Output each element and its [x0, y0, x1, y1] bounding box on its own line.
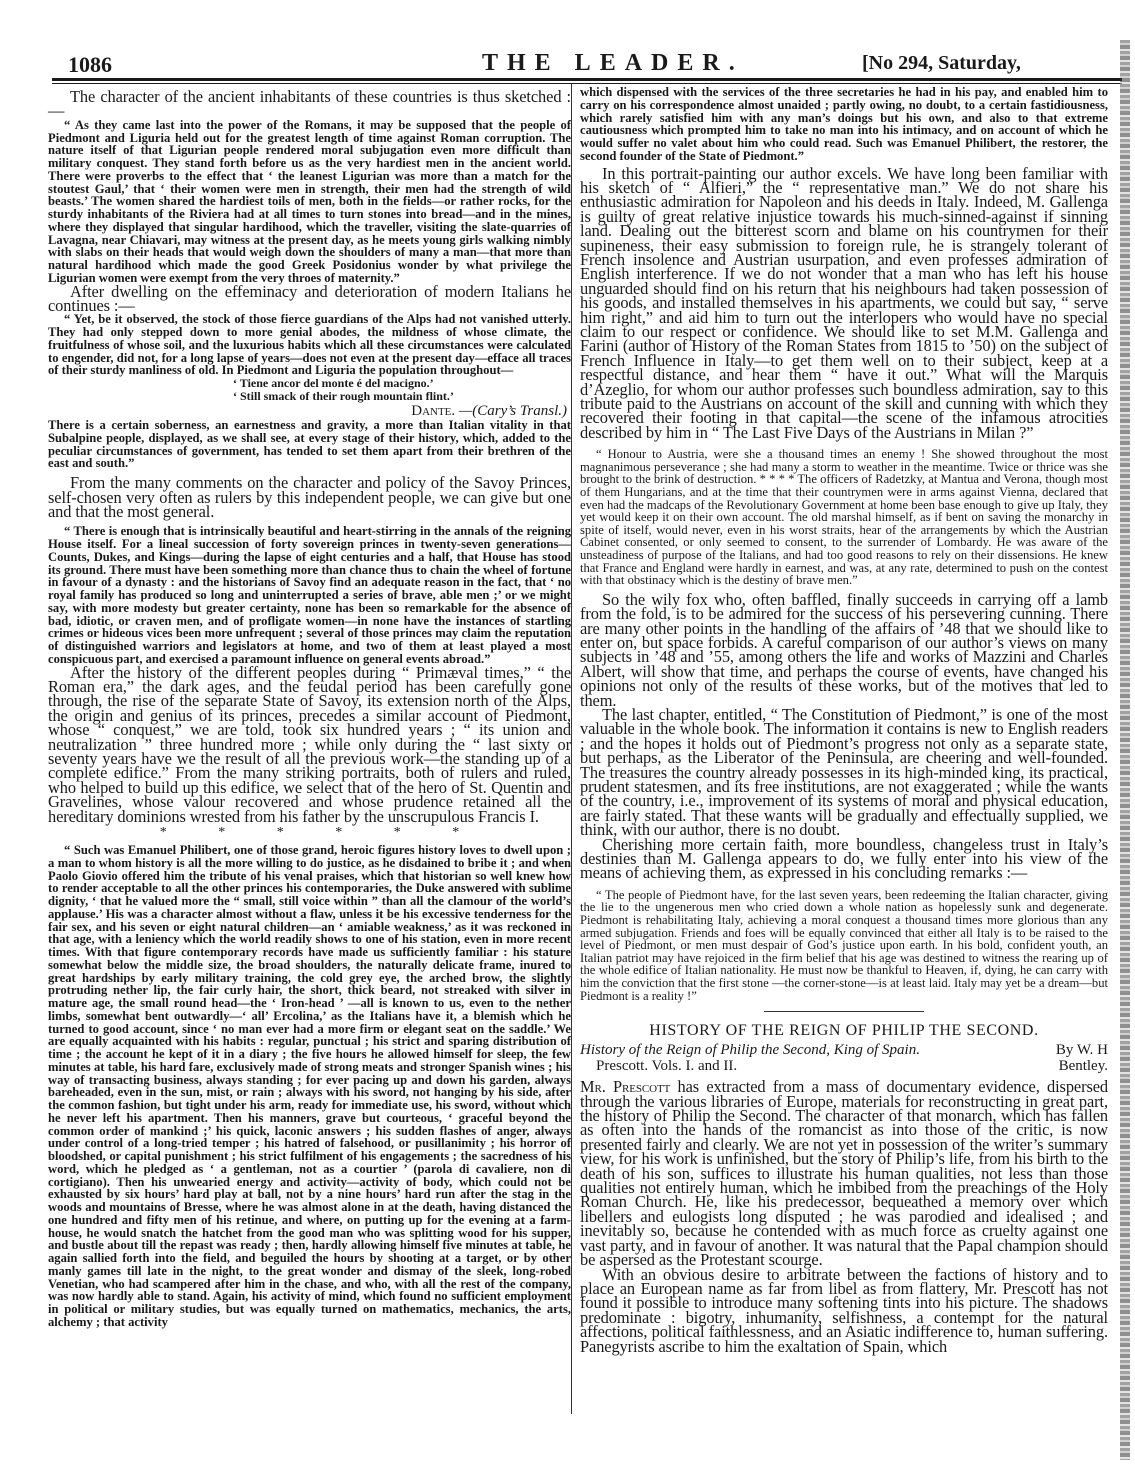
masthead: 1086 THE LEADER. [No 294, Saturday, [52, 48, 1132, 76]
right-column: which dispensed with the services of the… [580, 86, 1108, 1354]
paragraph-effeminacy: After dwelling on the effeminacy and det… [48, 285, 571, 314]
quote-reigning-house: “ There is enough that is intrinsically … [48, 525, 571, 665]
book-author: Prescott. Vols. I. and II. [596, 1058, 737, 1074]
paragraph-arbitrate: With an obvious desire to arbitrate betw… [580, 1268, 1108, 1354]
quote-subalpine: There is a certain soberness, an earnest… [48, 419, 571, 470]
paragraph-wily-fox: So the wily fox who, often baffled, fina… [580, 593, 1108, 708]
newspaper-page: 1086 THE LEADER. [No 294, Saturday, The … [0, 0, 1135, 1467]
paragraph-savoy: From the many comments on the character … [48, 476, 571, 519]
prescott-text: has extracted from a mass of documentary… [580, 1077, 1108, 1269]
quote-austria: “ Honour to Austria, were she a thousand… [580, 448, 1108, 587]
paragraph-intro: The character of the ancient inhabitants… [48, 90, 571, 119]
book-by: By W. H [1056, 1042, 1108, 1058]
book-citation: History of the Reign of Philip the Secon… [580, 1042, 1108, 1058]
header-rule-thin [52, 83, 1122, 84]
newspaper-title: THE LEADER. [482, 50, 744, 77]
issue-label: [No 294, Saturday, [862, 52, 1021, 75]
paragraph-cherishing: Cherishing more certain faith, more boun… [580, 838, 1108, 881]
page-edge-binding [1120, 40, 1130, 1460]
book-publisher: Bentley. [1059, 1058, 1108, 1074]
paragraph-last-chapter: The last chapter, entitled, “ The Consti… [580, 708, 1108, 838]
review-heading: HISTORY OF THE REIGN OF PHILIP THE SECON… [580, 1022, 1108, 1040]
quote-continued: which dispensed with the services of the… [580, 86, 1108, 163]
quote-piedmont: “ The people of Piedmont have, for the l… [580, 889, 1108, 1002]
section-separator [764, 1011, 924, 1012]
page-number: 1086 [68, 52, 112, 78]
paragraph-prescott: Mr. Prescott has extracted from a mass o… [580, 1080, 1108, 1267]
book-title: History of the Reign of Philip the Secon… [580, 1042, 920, 1058]
header-rule [52, 78, 1122, 81]
left-column: The character of the ancient inhabitants… [48, 86, 571, 1329]
quote-emanuel-philibert: “ Such was Emanuel Philibert, one of tho… [48, 844, 571, 1329]
attribution-source: —(Cary’s Transl.) [459, 403, 567, 419]
paragraph-portrait-painting: In this portrait-painting our author exc… [580, 167, 1108, 441]
book-citation-sub: Prescott. Vols. I. and II. Bentley. [580, 1058, 1108, 1074]
paragraph-history: After the history of the different peopl… [48, 666, 571, 824]
verse-english: ‘ Still smack of their rough mountain fl… [48, 390, 571, 403]
section-asterisks: * * * * * * [48, 826, 571, 840]
column-divider [571, 84, 572, 1414]
quote-alps: “ Yet, be it observed, the stock of thos… [48, 313, 571, 377]
verse-attribution: Dante. —(Cary’s Transl.) [48, 403, 571, 419]
attribution-name: Dante. [411, 403, 455, 419]
quote-ligurians: “ As they came last into the power of th… [48, 119, 571, 285]
